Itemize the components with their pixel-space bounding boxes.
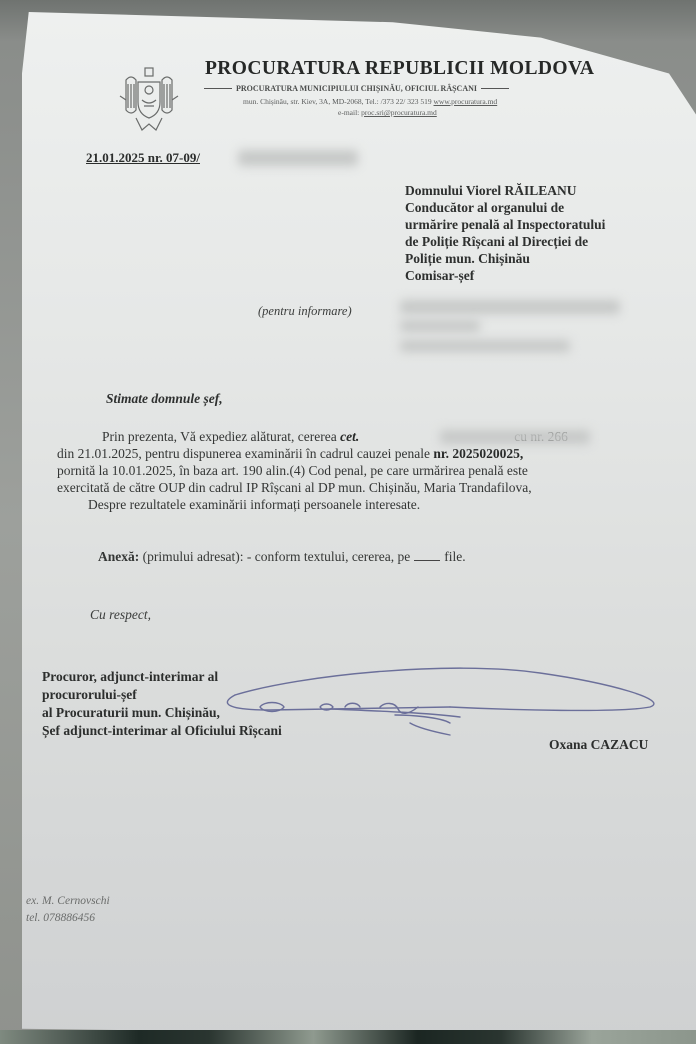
redacted-copy-recipient: [400, 300, 620, 314]
body-line-2: din 21.01.2025, pentru dispunerea examin…: [57, 445, 687, 462]
body-cet: cet.: [340, 429, 359, 444]
institution-address: mun. Chișinău, str. Kiev, 3A, MD-2068, T…: [243, 97, 497, 106]
addressee-block: Domnului Viorel RĂILEANU Conducător al o…: [405, 182, 685, 284]
executor-phone: tel. 078886456: [26, 910, 110, 927]
body-text: Prin prezenta, Vă expediez alăturat, cer…: [102, 429, 340, 444]
addressee-line: Poliție mun. Chișinău: [405, 250, 685, 267]
addressee-line: Comisar-șef: [405, 267, 685, 284]
handwritten-signature: [150, 655, 670, 745]
addressee-line: Conducător al organului de: [405, 199, 685, 216]
reference-number: 21.01.2025 nr. 07-09/: [86, 150, 200, 166]
address-text: mun. Chișinău, str. Kiev, 3A, MD-2068, T…: [243, 97, 432, 106]
institution-subtitle: PROCURATURA MUNICIPIULUI CHIȘINĂU, OFICI…: [200, 84, 513, 93]
closing: Cu respect,: [90, 607, 151, 623]
rule-left: [204, 88, 232, 89]
addressee-line: Domnului Viorel RĂILEANU: [405, 182, 685, 199]
executor-block: ex. M. Cernovschi tel. 078886456: [26, 893, 110, 927]
redacted-petitioner-name: [440, 430, 590, 444]
website-link[interactable]: www.procuratura.md: [434, 97, 498, 106]
body-line-1: Prin prezenta, Vă expediez alăturat, cer…: [57, 428, 687, 445]
salutation: Stimate domnule șef,: [106, 391, 223, 407]
email-link[interactable]: proc.sri@procuratura.md: [361, 108, 437, 117]
body-text: ,: [520, 446, 523, 461]
executor-name: ex. M. Cernovschi: [26, 893, 110, 910]
redacted-copy-recipient: [400, 340, 570, 352]
annex-label: Anexă:: [98, 549, 139, 564]
background-surface: [0, 1030, 696, 1044]
annex-line: Anexă: (primului adresat): - conform tex…: [98, 549, 466, 565]
institution-title: PROCURATURA REPUBLICII MOLDOVA: [205, 58, 594, 80]
addressee-line: de Poliție Rîșcani al Direcției de: [405, 233, 685, 250]
body-line-4: exercitată de către OUP din cadrul IP Rî…: [57, 479, 687, 496]
copy-to-label: (pentru informare): [258, 304, 352, 319]
annex-text: (primului adresat): - conform textului, …: [143, 549, 411, 564]
rule-right: [481, 88, 509, 89]
body-line-5: Despre rezultatele examinării informați …: [57, 496, 687, 513]
body-text: din 21.01.2025, pentru dispunerea examin…: [57, 446, 433, 461]
subtitle-text: PROCURATURA MUNICIPIULUI CHIȘINĂU, OFICI…: [236, 84, 477, 93]
addressee-line: urmărire penală al Inspectoratului: [405, 216, 685, 233]
case-number: nr. 2025020025: [433, 446, 520, 461]
body-line-3: pornită la 10.01.2025, în baza art. 190 …: [57, 462, 687, 479]
signer-name: Oxana CAZACU: [549, 737, 648, 753]
moldova-coat-of-arms-icon: [116, 66, 182, 136]
redacted-copy-recipient: [400, 320, 480, 332]
annex-pages-blank: [414, 560, 440, 561]
institution-email: e-mail: proc.sri@procuratura.md: [338, 108, 437, 117]
redacted-reference: [238, 150, 358, 166]
letter-body: Prin prezenta, Vă expediez alăturat, cer…: [57, 428, 687, 513]
email-label: e-mail:: [338, 108, 359, 117]
annex-text-end: file.: [444, 549, 465, 564]
